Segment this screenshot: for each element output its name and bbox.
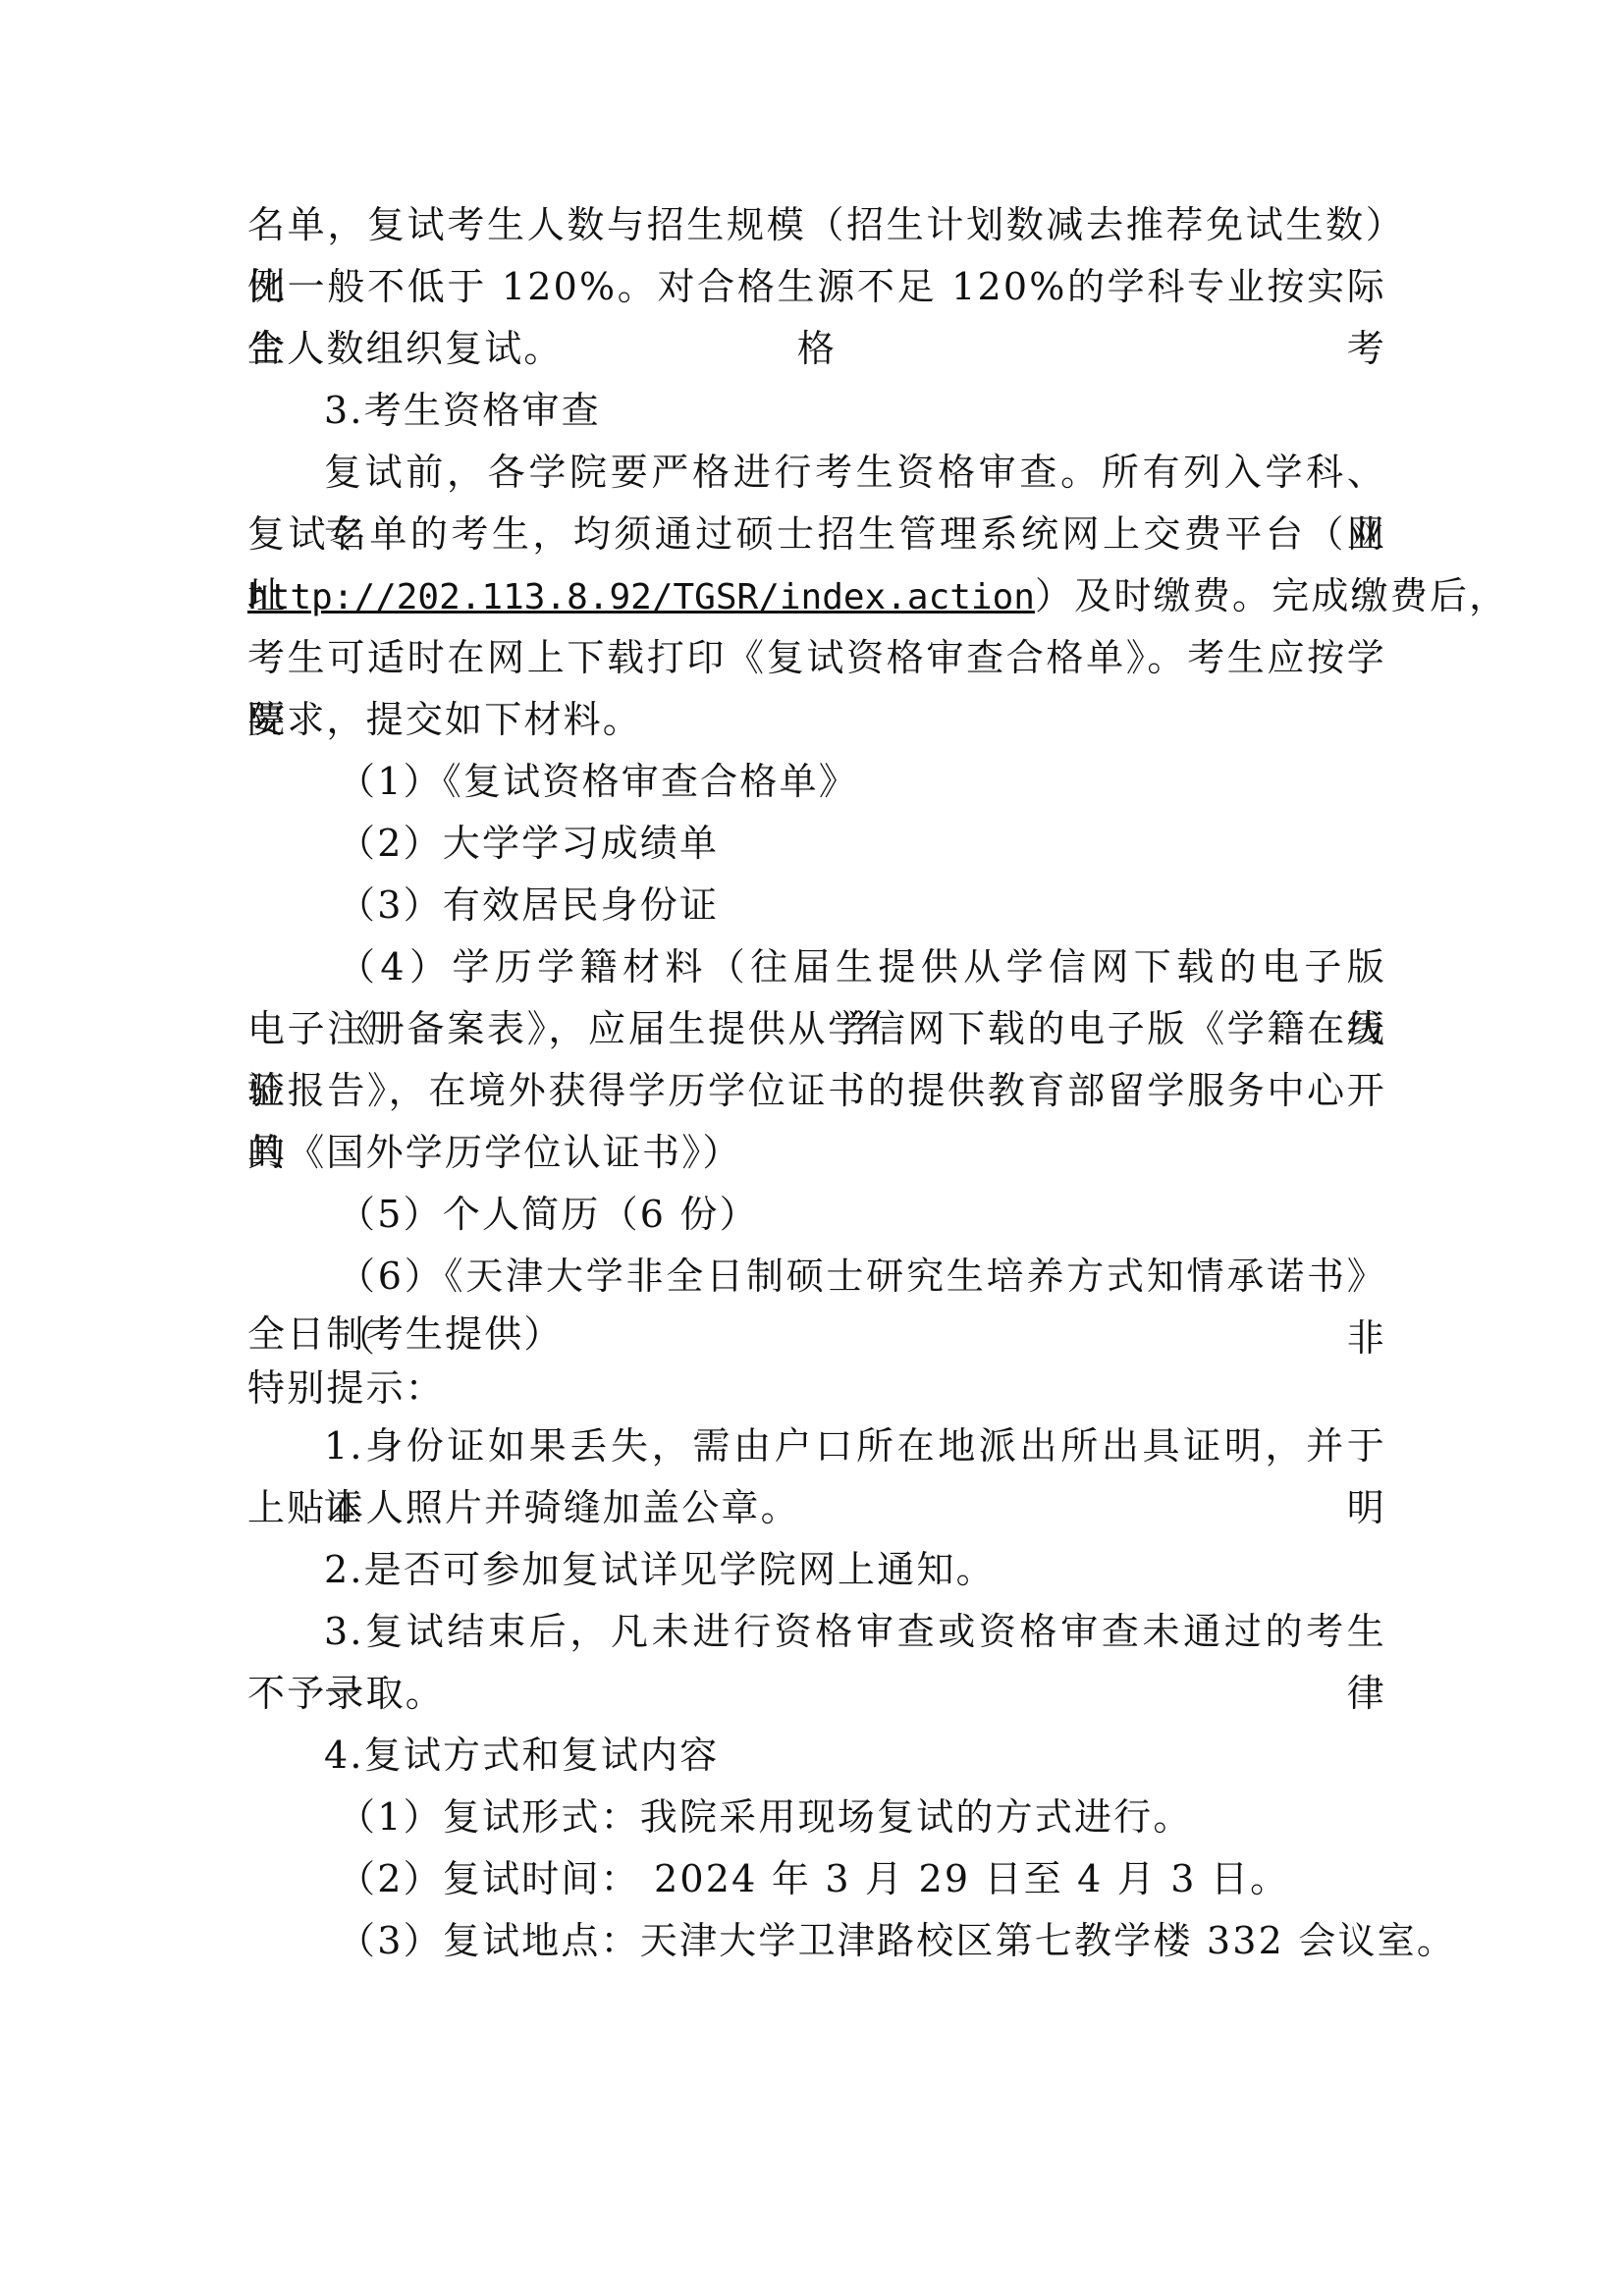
retest-format: （1）复试形式：我院采用现场复试的方式进行。 [247, 1787, 1386, 1848]
paragraph-line-with-link: http://202.113.8.92/TGSR/index.action）及时… [247, 565, 1386, 627]
paragraph-line: 例一般不低于 120%。对合格生源不足 120%的学科专业按实际合格考 [247, 256, 1386, 318]
retest-location: （3）复试地点：天津大学卫津路校区第七教学楼 332 会议室。 [247, 1910, 1386, 1972]
payment-platform-link[interactable]: http://202.113.8.92/TGSR/index.action [247, 577, 1035, 617]
material-item-4-line: 证报告》，在境外获得学历学位证书的提供教育部留学服务中心开具 [247, 1060, 1386, 1122]
paragraph-line: 名单，复试考生人数与招生规模（招生计划数减去推荐免试生数）比 [247, 194, 1386, 256]
paragraph-line: 复试名单的考生，均须通过硕士招生管理系统网上交费平台（网址： [247, 504, 1386, 565]
material-item-6-line: （6）《天津大学非全日制硕士研究生培养方式知情承诺书》（非 [247, 1246, 1386, 1308]
paragraph-text: ）及时缴费。完成缴费后， [1035, 574, 1508, 617]
paragraph-line: 复试前，各学院要严格进行考生资格审查。所有列入学科、专业 [247, 442, 1386, 504]
material-item-1: （1）《复试资格审查合格单》 [247, 751, 1386, 813]
special-note-3-line: 3.复试结束后，凡未进行资格审查或资格审查未通过的考生一律 [247, 1601, 1386, 1663]
paragraph-line: 要求，提交如下材料。 [247, 689, 1386, 751]
material-item-2: （2）大学学习成绩单 [247, 813, 1386, 875]
special-note-1-line: 1.身份证如果丢失，需由户口所在地派出所出具证明，并于证明 [247, 1415, 1386, 1477]
material-item-4-line: （4）学历学籍材料（往届生提供从学信网下载的电子版《学历 [247, 936, 1386, 998]
material-item-5: （5）个人简历（6 份） [247, 1184, 1386, 1246]
section-heading-3: 3.考生资格审查 [247, 380, 1386, 442]
special-note-2: 2.是否可参加复试详见学院网上通知。 [247, 1539, 1386, 1601]
special-notes-title: 特别提示： [247, 1362, 1386, 1415]
section-heading-4: 4.复试方式和复试内容 [247, 1725, 1386, 1787]
material-item-4-line: 电子注册备案表》，应届生提供从学信网下载的电子版《学籍在线验 [247, 998, 1386, 1060]
material-item-3: （3）有效居民身份证 [247, 875, 1386, 936]
material-item-4-line: 的《国外学历学位认证书》） [247, 1122, 1386, 1184]
retest-time: （2）复试时间： 2024 年 3 月 29 日至 4 月 3 日。 [247, 1848, 1386, 1910]
document-page: 名单，复试考生人数与招生规模（招生计划数减去推荐免试生数）比 例一般不低于 12… [247, 194, 1386, 1972]
paragraph-line: 考生可适时在网上下载打印《复试资格审查合格单》。考生应按学院 [247, 627, 1386, 689]
